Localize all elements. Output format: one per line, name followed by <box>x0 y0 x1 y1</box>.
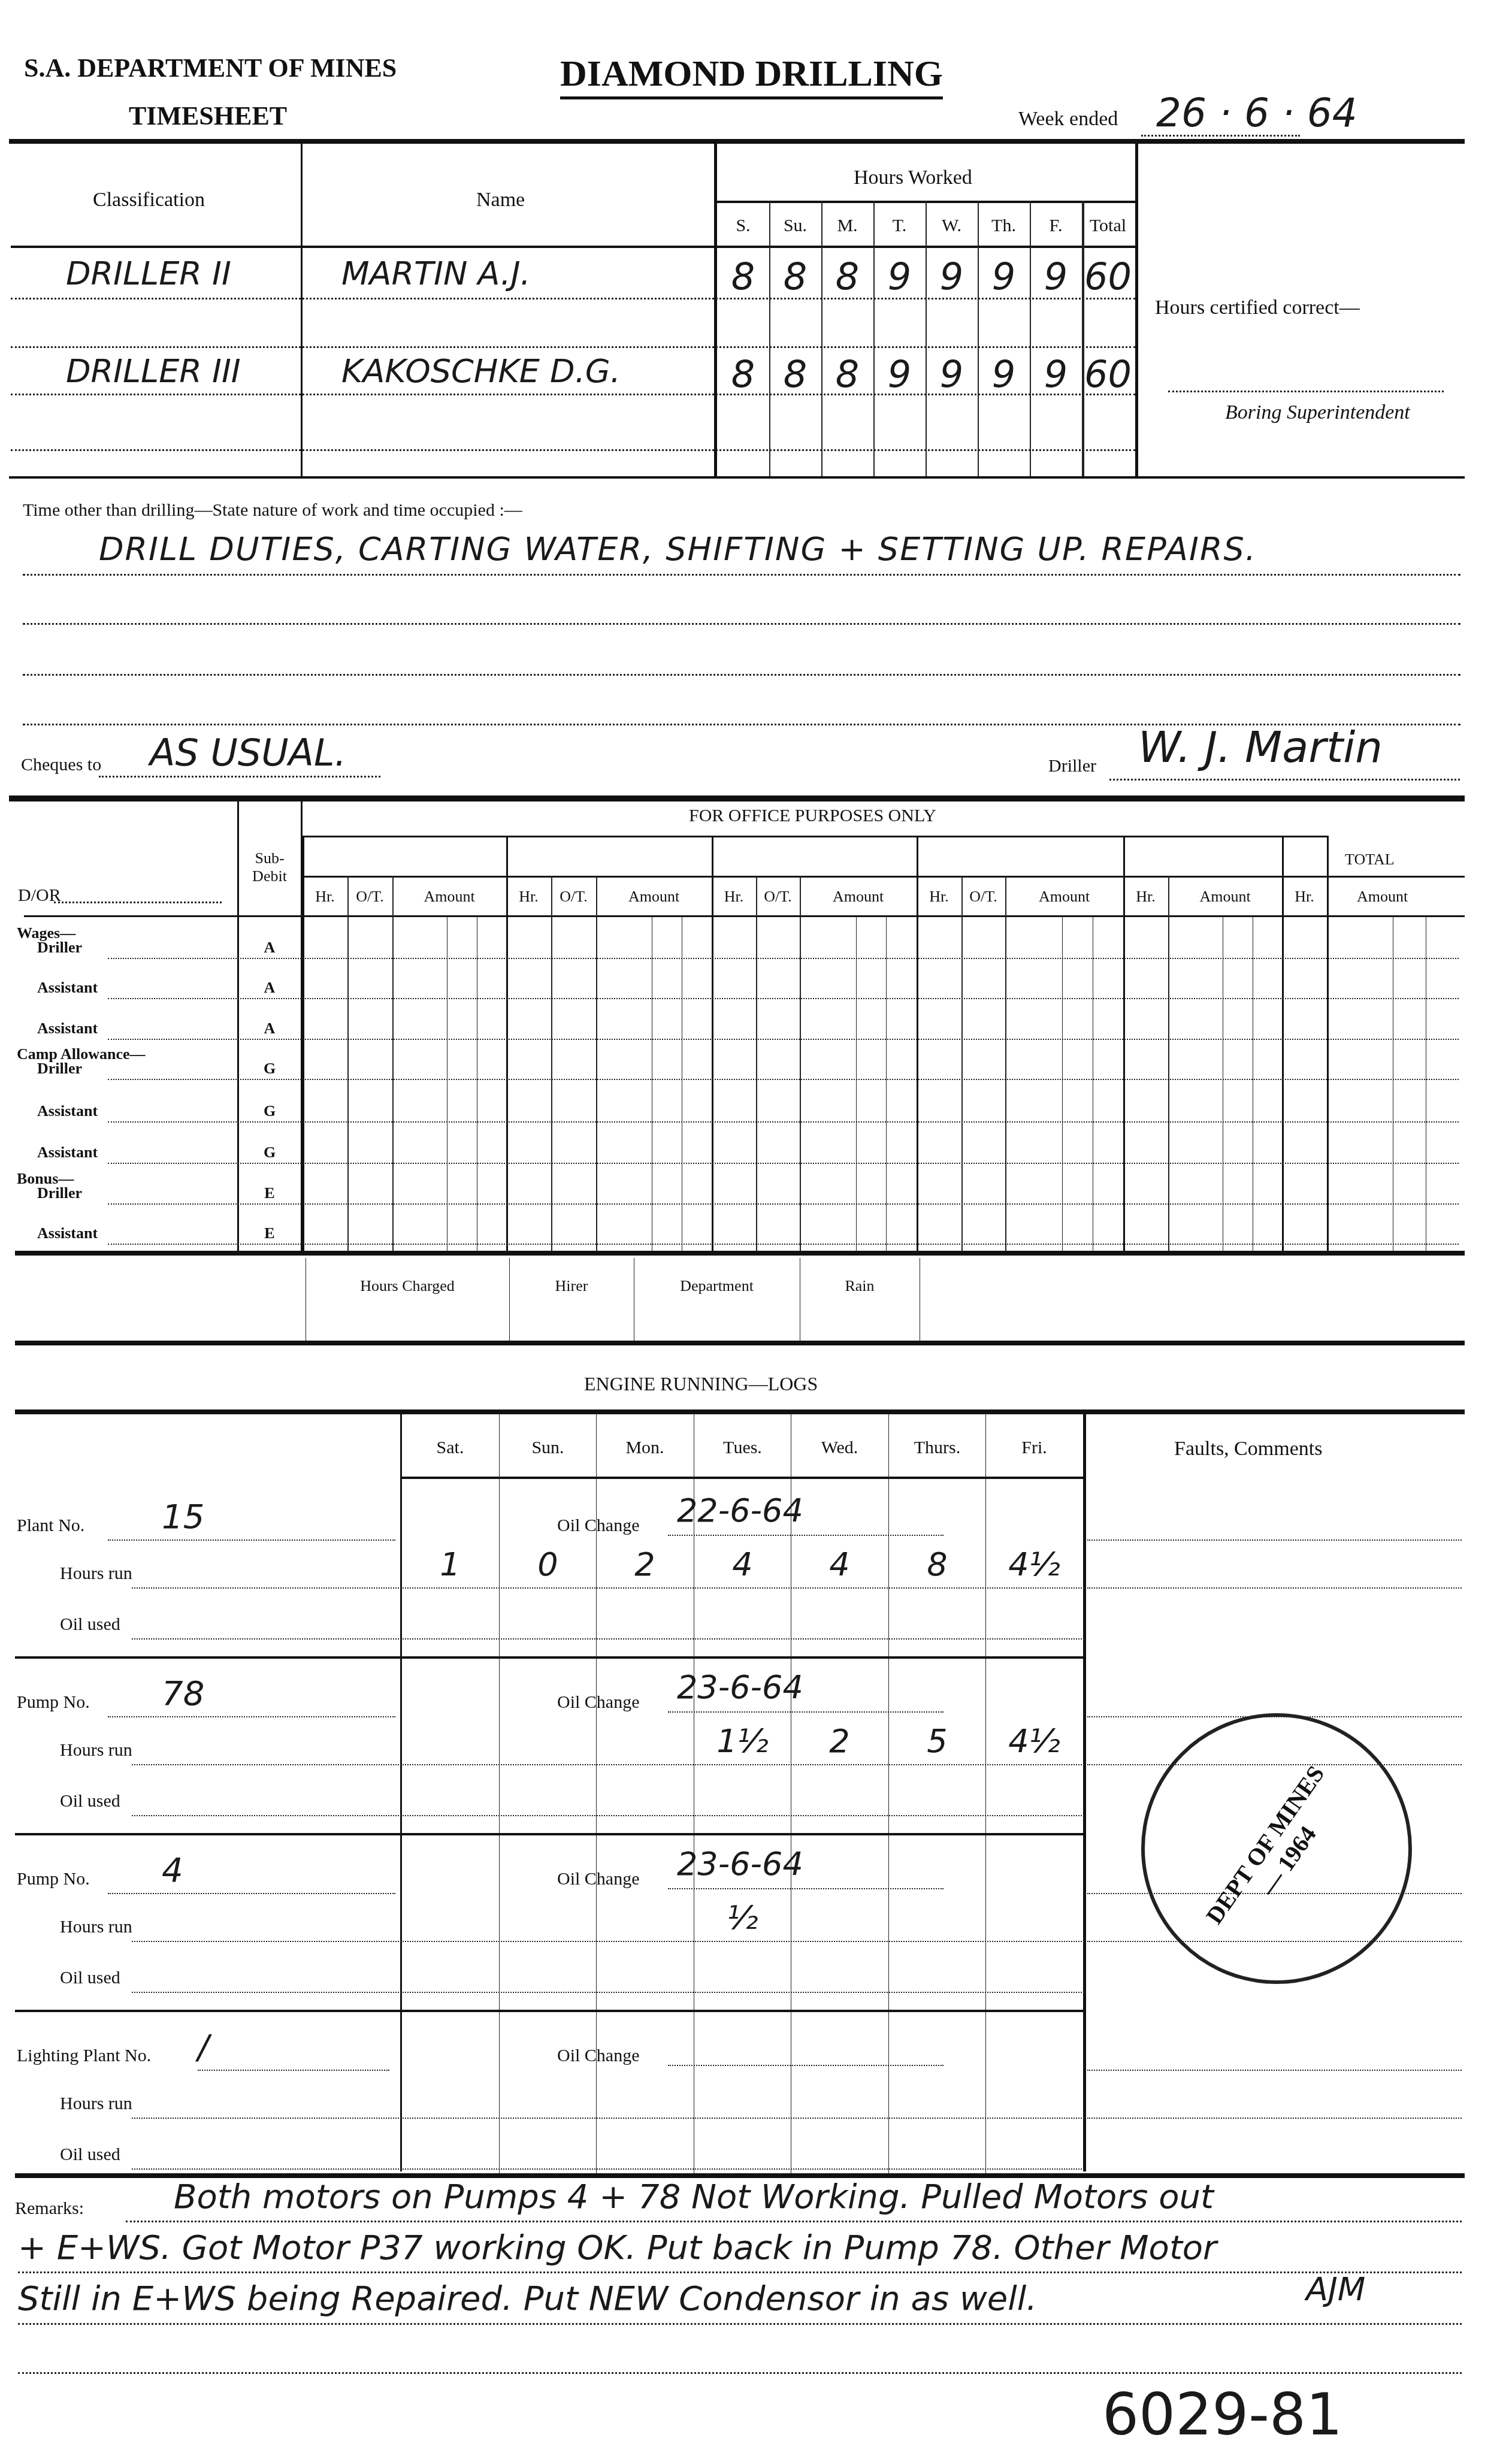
office-col-header: Amount <box>392 888 506 906</box>
hours-worked-header: Hours Worked <box>854 167 972 189</box>
day-header: W. <box>926 216 978 236</box>
office-row-code: A <box>240 939 300 957</box>
unit-number[interactable]: 15 <box>162 1498 204 1536</box>
day-header: S. <box>717 216 769 236</box>
total-cell[interactable]: 60 <box>1082 255 1134 298</box>
hours-run-label: Hours run <box>60 1563 132 1584</box>
unit-label: Lighting Plant No. <box>17 2046 151 2066</box>
hours-run-cell[interactable]: 1 <box>401 1545 499 1583</box>
hours-cell[interactable]: 9 <box>926 352 978 396</box>
hours-cell[interactable]: 8 <box>717 352 769 396</box>
engine-day-header: Tues. <box>694 1438 791 1458</box>
hours-run-cell[interactable]: 4½ <box>985 1722 1083 1760</box>
hours-cell[interactable]: 9 <box>978 255 1030 298</box>
week-ended-label: Week ended <box>1018 108 1118 131</box>
department-name: S.A. DEPARTMENT OF MINES <box>24 53 397 83</box>
oil-change-date[interactable]: 23-6-64 <box>677 1845 803 1883</box>
oil-change-label: Oil Change <box>557 1516 639 1536</box>
oil-used-label: Oil used <box>60 2144 120 2165</box>
name-cell[interactable]: KAKOSCHKE D.G. <box>341 352 621 390</box>
office-col-header: Amount <box>596 888 712 906</box>
hours-cell[interactable]: 9 <box>1030 255 1082 298</box>
hours-cell[interactable]: 9 <box>873 352 926 396</box>
cheques-value[interactable]: AS USUAL. <box>150 731 346 775</box>
office-row-label: Assistant <box>37 1224 98 1242</box>
oil-change-date[interactable]: 22-6-64 <box>677 1492 803 1529</box>
day-header: Su. <box>769 216 821 236</box>
remarks-line-3[interactable]: Still in E+WS being Repaired. Put NEW Co… <box>18 2279 1037 2318</box>
engine-logs-title: ENGINE RUNNING—LOGS <box>584 1373 818 1395</box>
charge-label: Department <box>634 1277 800 1295</box>
hours-run-cell[interactable]: 8 <box>888 1545 986 1583</box>
unit-number[interactable]: 4 <box>162 1851 183 1890</box>
total-label: TOTAL <box>1345 851 1395 869</box>
driller-label: Driller <box>1048 756 1096 776</box>
day-header: T. <box>873 216 926 236</box>
hours-run-cell[interactable]: 4 <box>694 1545 791 1583</box>
week-ended-value[interactable]: 26 · 6 · 64 <box>1156 90 1357 136</box>
oil-change-label: Oil Change <box>557 1692 639 1713</box>
office-row-code: E <box>240 1184 300 1202</box>
charge-label: Hirer <box>509 1277 634 1295</box>
hours-run-label: Hours run <box>60 1740 132 1761</box>
classification-cell[interactable]: DRILLER III <box>66 352 241 390</box>
engine-day-header: Fri. <box>985 1438 1083 1458</box>
remarks-initials: AJM <box>1306 2270 1365 2308</box>
remarks-line-1[interactable]: Both motors on Pumps 4 + 78 Not Working.… <box>174 2177 1214 2216</box>
hours-run-cell[interactable]: ½ <box>694 1899 791 1937</box>
classification-header: Classification <box>93 189 205 211</box>
total-amount-label: Amount <box>1357 888 1408 906</box>
office-col-header: O/T. <box>347 888 392 906</box>
hours-run-cell[interactable]: 4 <box>791 1545 888 1583</box>
other-time-label: Time other than drilling—State nature of… <box>23 500 522 521</box>
charge-label: Hours Charged <box>306 1277 509 1295</box>
hours-cell[interactable]: 9 <box>1030 352 1082 396</box>
engine-day-header: Wed. <box>791 1438 888 1458</box>
oil-change-label: Oil Change <box>557 2046 639 2066</box>
office-col-header: Hr. <box>506 888 551 906</box>
unit-number[interactable]: / <box>198 2028 209 2067</box>
oil-used-label: Oil used <box>60 1968 120 1988</box>
office-col-header: Hr. <box>917 888 961 906</box>
office-col-header: Hr. <box>712 888 756 906</box>
unit-label: Pump No. <box>17 1869 90 1889</box>
office-row-code: G <box>240 1144 300 1162</box>
office-col-header: O/T. <box>961 888 1005 906</box>
classification-cell[interactable]: DRILLER II <box>66 255 231 292</box>
office-row-label: Driller <box>37 939 82 957</box>
hours-cell[interactable]: 9 <box>978 352 1030 396</box>
unit-label: Plant No. <box>17 1516 84 1536</box>
engine-day-header: Sun. <box>499 1438 597 1458</box>
hours-run-cell[interactable]: 0 <box>499 1545 597 1583</box>
hours-run-cell[interactable]: 4½ <box>985 1545 1083 1583</box>
day-header: F. <box>1030 216 1082 236</box>
remarks-line-2[interactable]: + E+WS. Got Motor P37 working OK. Put ba… <box>18 2228 1217 2267</box>
office-row-label: Assistant <box>37 1102 98 1120</box>
office-col-header: Amount <box>1168 888 1282 906</box>
day-header: Th. <box>978 216 1030 236</box>
oil-change-label: Oil Change <box>557 1869 639 1889</box>
hours-cell[interactable]: 9 <box>926 255 978 298</box>
hours-cell[interactable]: 8 <box>821 352 873 396</box>
office-row-code: G <box>240 1060 300 1078</box>
oil-used-label: Oil used <box>60 1614 120 1635</box>
faults-comments-header: Faults, Comments <box>1174 1438 1322 1460</box>
hours-run-label: Hours run <box>60 1917 132 1937</box>
office-row-label: Assistant <box>37 1144 98 1162</box>
hours-cell[interactable]: 8 <box>717 255 769 298</box>
hours-certified-label: Hours certified correct— <box>1155 297 1360 319</box>
hours-run-cell[interactable]: 5 <box>888 1722 986 1760</box>
office-col-header: Amount <box>800 888 917 906</box>
engine-day-header: Thurs. <box>888 1438 986 1458</box>
unit-label: Pump No. <box>17 1692 90 1713</box>
engine-day-header: Mon. <box>596 1438 694 1458</box>
office-row-code: A <box>240 979 300 997</box>
hours-cell[interactable]: 9 <box>873 255 926 298</box>
form-name: TIMESHEET <box>129 101 287 131</box>
office-col-header: Hr. <box>1123 888 1168 906</box>
hours-cell[interactable]: 8 <box>821 255 873 298</box>
oil-change-date[interactable]: 23-6-64 <box>677 1668 803 1706</box>
office-row-code: G <box>240 1102 300 1120</box>
total-cell[interactable]: 60 <box>1082 352 1134 396</box>
oil-used-label: Oil used <box>60 1791 120 1811</box>
office-row-label: Driller <box>37 1060 82 1078</box>
office-col-header: Amount <box>1005 888 1123 906</box>
official-stamp: DEPT OF MINES — 1964 <box>1141 1713 1412 1984</box>
unit-number[interactable]: 78 <box>162 1674 204 1713</box>
hours-run-label: Hours run <box>60 2094 132 2114</box>
hours-cell[interactable]: 8 <box>769 352 821 396</box>
office-col-header: O/T. <box>756 888 800 906</box>
form-title: DIAMOND DRILLING <box>560 53 943 99</box>
office-row-label: Driller <box>37 1184 82 1202</box>
cheques-label: Cheques to <box>21 755 101 775</box>
office-title: FOR OFFICE PURPOSES ONLY <box>689 806 936 826</box>
remarks-label: Remarks: <box>15 2198 84 2219</box>
hours-run-cell[interactable]: 1½ <box>694 1722 791 1760</box>
hours-cell[interactable]: 8 <box>769 255 821 298</box>
office-row-code: A <box>240 1020 300 1038</box>
engine-day-header: Sat. <box>401 1438 499 1458</box>
office-col-header: Hr. <box>1282 888 1327 906</box>
name-header: Name <box>476 189 525 211</box>
hours-run-cell[interactable]: 2 <box>791 1722 888 1760</box>
office-col-header: O/T. <box>551 888 596 906</box>
driller-signature: W. J. Martin <box>1138 722 1383 772</box>
day-header: M. <box>821 216 873 236</box>
reference-number: 6029-81 <box>1102 2381 1342 2448</box>
charge-label: Rain <box>800 1277 920 1295</box>
other-time-value[interactable]: DRILL DUTIES, CARTING WATER, SHIFTING + … <box>99 530 1257 568</box>
office-row-label: Assistant <box>37 979 98 997</box>
office-col-header: Hr. <box>303 888 347 906</box>
name-cell[interactable]: MARTIN A.J. <box>341 255 531 292</box>
boring-superintendent-label: Boring Superintendent <box>1225 401 1410 424</box>
office-row-label: Assistant <box>37 1020 98 1038</box>
hours-run-cell[interactable]: 2 <box>596 1545 694 1583</box>
subdebit-label: Sub-Debit <box>240 849 300 885</box>
day-header: Total <box>1082 216 1134 236</box>
office-row-code: E <box>240 1224 300 1242</box>
